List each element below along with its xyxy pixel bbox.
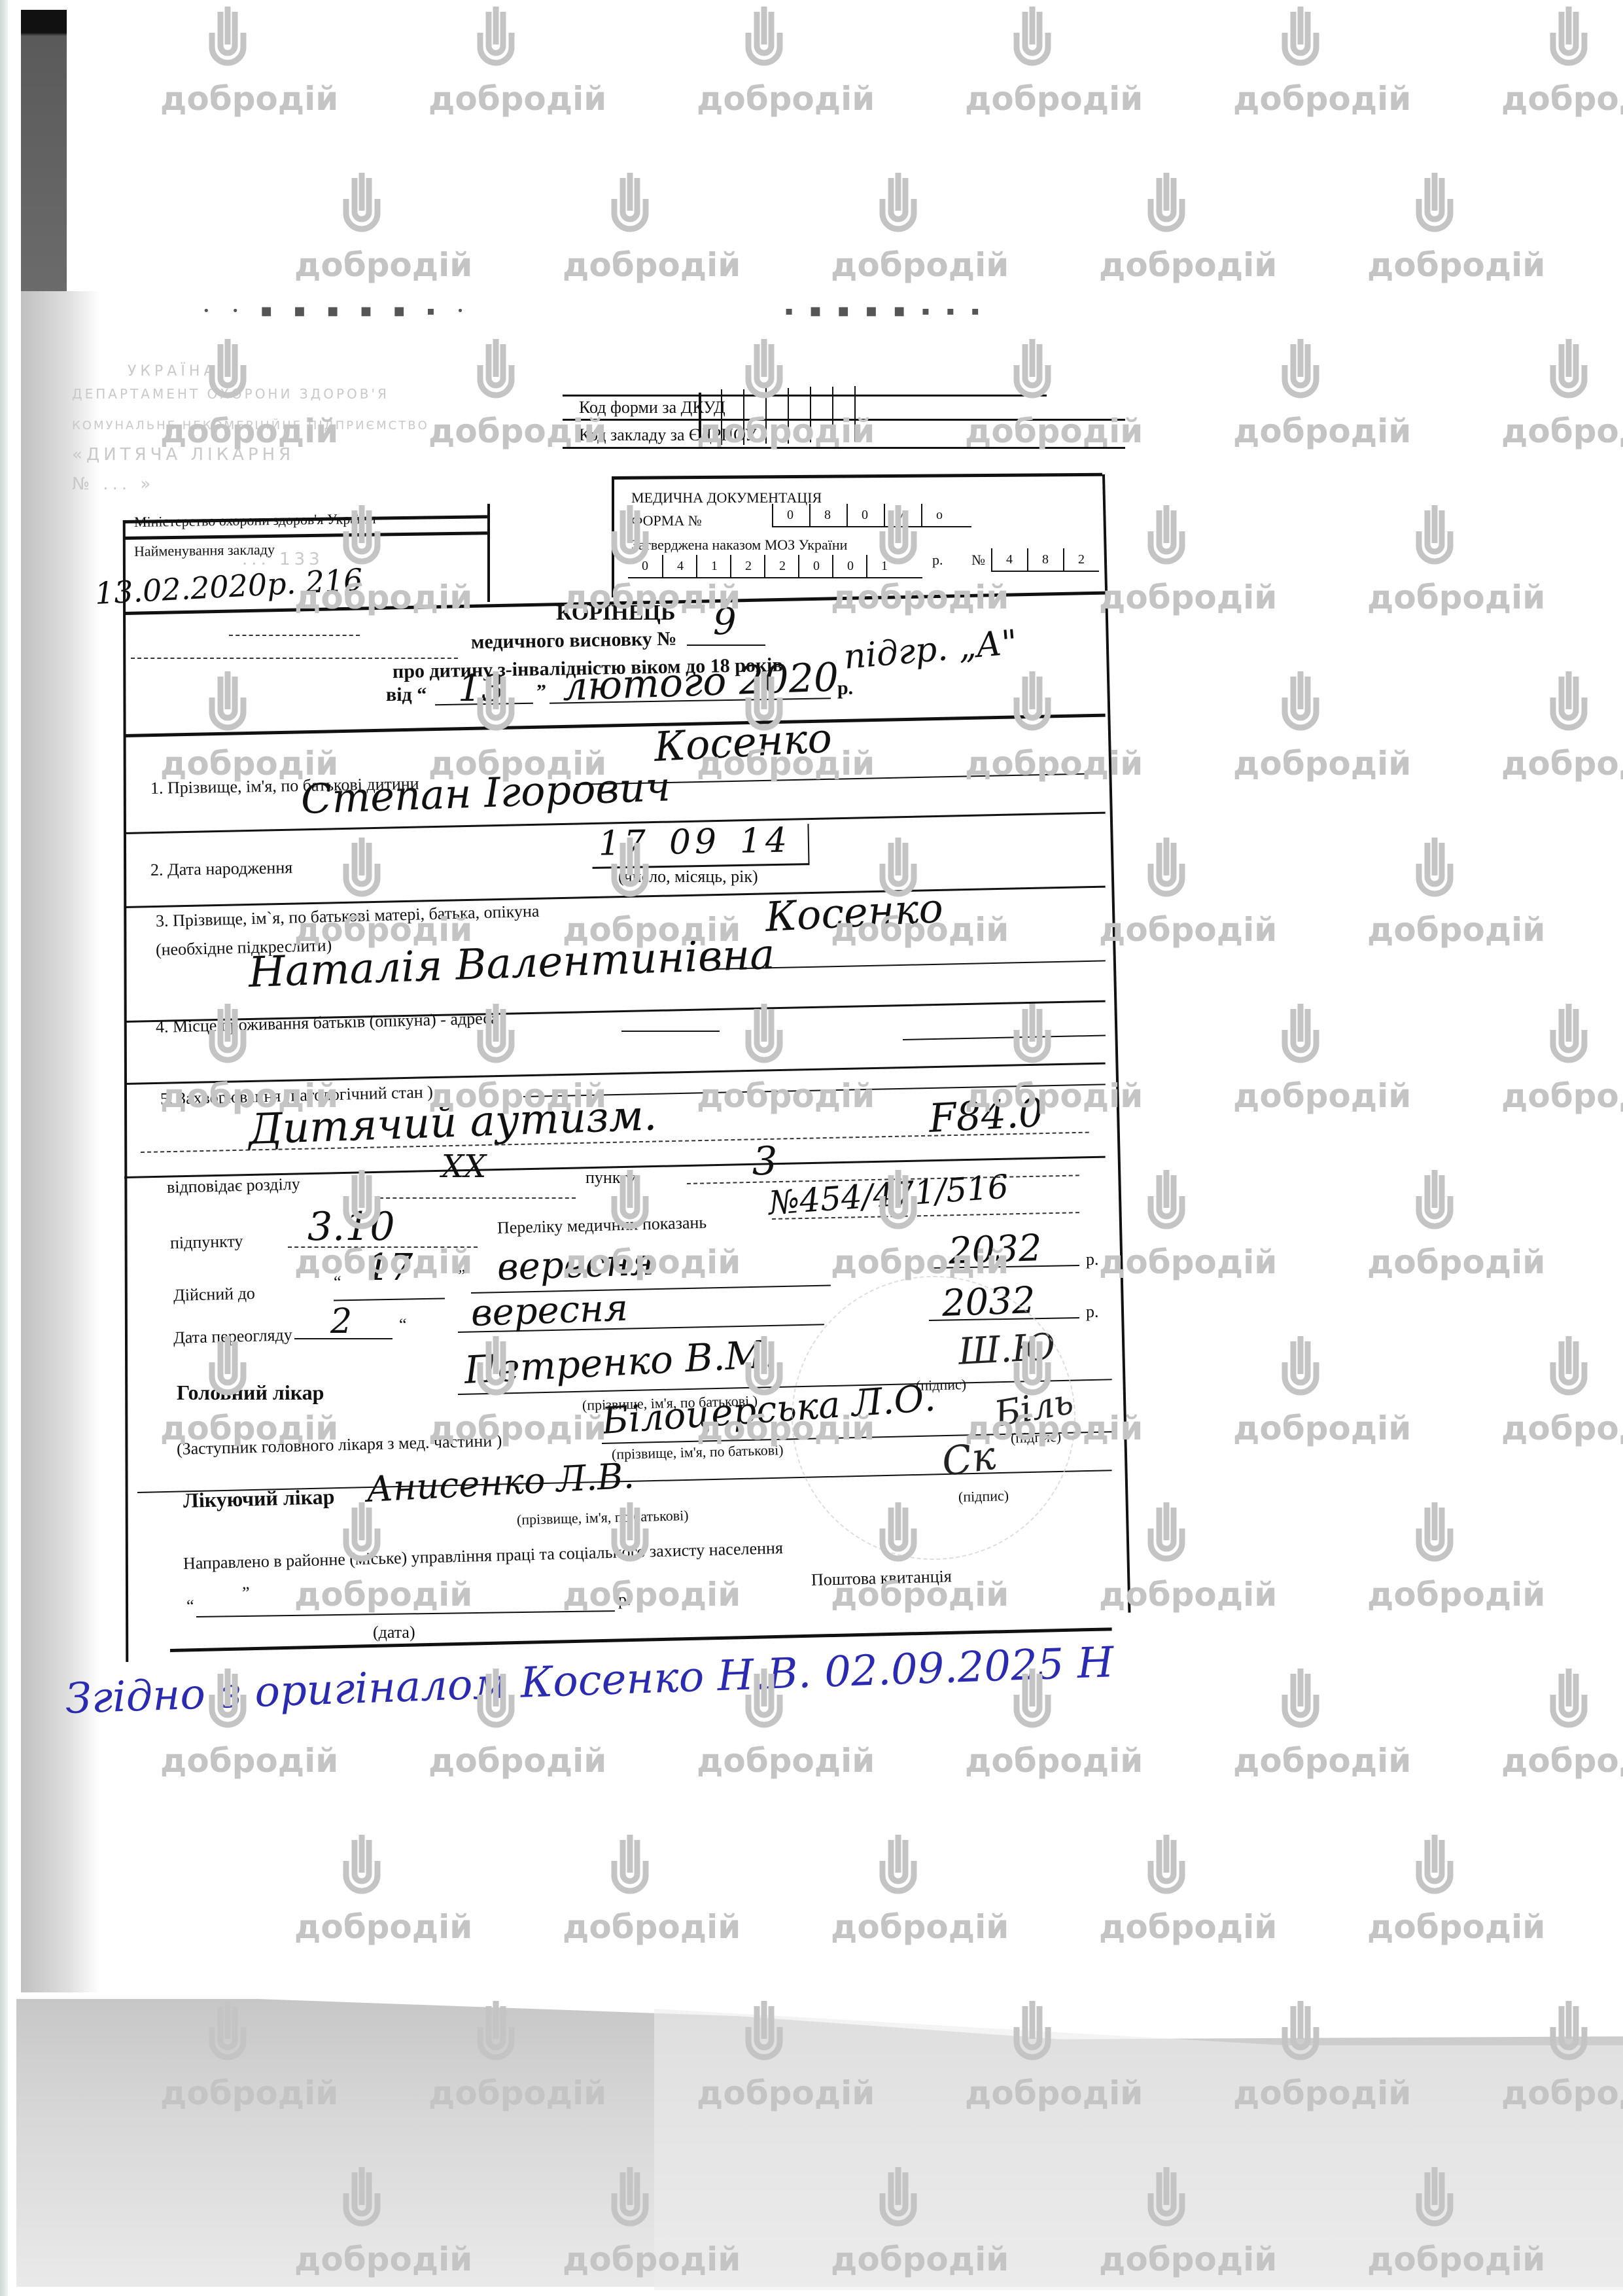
form-no-digit: 0 [846, 504, 882, 526]
watermark-text: добродій [160, 80, 338, 118]
watermark-logo-icon [1011, 7, 1054, 72]
scan-edge-left [0, 0, 8, 2296]
watermark-text: добродій [831, 1908, 1009, 1946]
watermark-text: добродій [1501, 80, 1623, 118]
child-first-patronymic: Степан Ігорович [300, 762, 671, 823]
watermark-text: добродій [697, 1077, 875, 1115]
valid-until-label: Дійсний до [173, 1284, 256, 1305]
order-number-cells: 4 8 2 [991, 548, 1099, 572]
watermark-logo-icon [1279, 339, 1322, 404]
birth-month: 09 [669, 822, 720, 862]
watermark-logo-icon [1413, 1835, 1456, 1900]
ministry-label: Міністерство охорони здоров'я України [134, 510, 376, 531]
watermark-logo-icon [1145, 838, 1188, 903]
watermark-text: добродій [1233, 1409, 1411, 1447]
review-day: 2 [330, 1302, 352, 1341]
attending-doctor-name: Анисенко Л.В. [365, 1455, 635, 1510]
order-no-label: № [971, 552, 985, 569]
chief-doctor-name: Петренко В.М. [463, 1332, 777, 1392]
date-quote: ” [536, 680, 546, 703]
document-heading: КОРІНЕЦЬ [556, 601, 675, 626]
approval-digit: 2 [730, 555, 765, 577]
watermark-text: добродій [294, 246, 472, 284]
watermark-logo-icon [877, 1835, 920, 1900]
handwritten-registration-note: 13.02.2020р. 216 [94, 562, 364, 611]
watermark-logo-icon [1145, 173, 1188, 238]
postal-receipt-label: Поштова квитанція [811, 1566, 952, 1590]
review-quote: “ [399, 1315, 407, 1335]
watermark-text: добродій [1501, 1409, 1623, 1447]
scan-dark-strip [21, 10, 67, 291]
watermark-logo-icon [1279, 1336, 1322, 1402]
watermark-text: добродій [1233, 1077, 1411, 1115]
watermark-logo-icon [1547, 7, 1590, 72]
watermark-logo-icon [1279, 671, 1322, 737]
watermark-text: добродій [1233, 745, 1411, 783]
approval-digit: 0 [628, 555, 662, 577]
approval-digit: 1 [866, 555, 901, 577]
watermark-logo-icon [340, 838, 383, 903]
watermark-text: добродій [831, 246, 1009, 284]
watermark-text: добродій [1367, 1576, 1545, 1614]
watermark-text: добродій [1367, 911, 1545, 949]
watermark-text: добродій [965, 412, 1143, 450]
watermark-logo-icon [742, 7, 786, 72]
faded-dots: • • ■ ■ ■ ■ ■ ▪ • [203, 304, 473, 318]
faint-stamp-circle [792, 1276, 1075, 1560]
sent-year-suffix: р. [618, 1590, 631, 1610]
watermark-logo-icon [1145, 1170, 1188, 1235]
subpoint-value: 3.10 [307, 1204, 395, 1250]
date-suffix: р. [837, 677, 853, 699]
watermark-logo-icon [1279, 1669, 1322, 1734]
watermark-text: добродій [1099, 578, 1277, 616]
valid-day: 17 [366, 1246, 413, 1289]
watermark-logo-icon [1145, 505, 1188, 571]
scan-grey-strip [21, 291, 99, 1992]
watermark-text: добродій [563, 1576, 741, 1614]
point-label: пункту [585, 1168, 636, 1188]
watermark-text: добродій [294, 1908, 472, 1946]
birth-date-label: 2. Дата народження [150, 858, 293, 880]
watermark-logo-icon [608, 173, 652, 238]
watermark-text: добродій [965, 80, 1143, 118]
valid-open-quote: “ [334, 1273, 341, 1292]
watermark-text: добродій [1099, 1243, 1277, 1281]
form-no-digit: 8 [809, 504, 845, 526]
watermark-logo-icon [1547, 339, 1590, 404]
point-value: 3 [752, 1139, 777, 1184]
watermark-logo-icon [206, 7, 249, 72]
watermark-logo-icon [608, 1835, 652, 1900]
birth-date-hint: (число, місяць, рік) [618, 867, 758, 887]
watermark-text: добродій [697, 1742, 875, 1780]
conclusion-no-label: медичного висновку № [471, 628, 677, 654]
watermark-logo-icon [742, 1004, 786, 1069]
watermark-logo-icon [1413, 173, 1456, 238]
year-suffix: р. [932, 552, 943, 569]
form-no-digit: о [921, 504, 956, 526]
form-no-label: ФОРМА № [631, 512, 702, 529]
issue-month-year: лютого 2020 [562, 654, 839, 710]
faded-header-line4: «ДИТЯЧА ЛІКАРНЯ [72, 445, 294, 465]
watermark-text: добродій [1367, 1243, 1545, 1281]
sent-to-label: Направлено в районне (міське) управління… [183, 1538, 784, 1574]
section-label: відповідає розділу [167, 1174, 301, 1197]
sent-open-quote: “ [186, 1597, 194, 1616]
watermark-text: добродій [1367, 1908, 1545, 1946]
watermark-logo-icon [1279, 1004, 1322, 1069]
watermark-text: добродій [294, 1576, 472, 1614]
valid-month: вересня [497, 1241, 655, 1289]
edrpou-label: Код закладу за ЄДРПОУ [579, 425, 757, 445]
watermark-logo-icon [1145, 1835, 1188, 1900]
order-digit: 2 [1063, 548, 1098, 571]
deputy-name-hint: (прізвище, ім'я, по батькові) [612, 1441, 784, 1463]
sent-close-quote: ” [242, 1583, 250, 1603]
watermark-text: добродій [428, 1742, 606, 1780]
watermark-logo-icon [1547, 1336, 1590, 1402]
approval-digit: 2 [764, 555, 799, 577]
watermark-logo-icon [340, 1835, 383, 1900]
form-number-cells: 0 8 0 / о [772, 504, 971, 527]
approval-digit: 1 [696, 555, 731, 577]
watermark-logo-icon [206, 671, 249, 737]
watermark-text: добродій [1367, 246, 1545, 284]
parent-surname: Косенко [764, 884, 944, 941]
review-year-suffix: р. [1086, 1302, 1099, 1322]
watermark-text: добродій [1233, 80, 1411, 118]
form-no-digit: / [884, 504, 919, 526]
attending-name-hint: (прізвище, ім'я, по батькові) [517, 1507, 689, 1528]
dkud-label: Код форми за ДКУД [579, 398, 725, 417]
watermark-logo-icon [340, 173, 383, 238]
watermark-logo-icon [206, 1004, 249, 1069]
watermark-text: добродій [1233, 1742, 1411, 1780]
order-digit: 4 [991, 548, 1026, 571]
faded-header-line1: УКРАЇНА [128, 363, 217, 380]
watermark-text: добродій [1501, 1742, 1623, 1780]
date-prefix: від “ [386, 684, 427, 706]
faded-header-line2: ДЕПАРТАМЕНТ ОХОРОНИ ЗДОРОВ'Я [72, 386, 389, 402]
watermark-logo-icon [1413, 1502, 1456, 1568]
watermark-text: добродій [1099, 1908, 1277, 1946]
watermark-logo-icon [474, 7, 517, 72]
subpoint-label: підпункту [170, 1231, 243, 1253]
valid-year-suffix: р. [1086, 1250, 1099, 1269]
watermark-logo-icon [474, 339, 517, 404]
valid-close-quote: ” [458, 1266, 466, 1286]
watermark-logo-icon [1547, 1669, 1590, 1734]
deputy-label: (Заступник головного лікаря з мед. части… [177, 1431, 502, 1459]
approval-digit: 4 [662, 555, 697, 577]
approval-date-cells: 0 4 1 2 2 0 0 1 [628, 555, 922, 578]
watermark-text: добродій [563, 1908, 741, 1946]
watermark-logo-icon [1547, 1004, 1590, 1069]
watermark-logo-icon [1145, 1502, 1188, 1568]
child-surname: Косенко [653, 714, 833, 771]
watermark-logo-icon [1413, 1170, 1456, 1235]
watermark-logo-icon [1413, 838, 1456, 903]
watermark-logo-icon [1413, 505, 1456, 571]
certification-note: Згідно з оригіналом Косенко Н.В. 02.09.2… [65, 1638, 1115, 1723]
birth-day: 17 [598, 823, 650, 863]
faded-dots-right: ▪ ■ ■ ■ ■ ▪ ▪ ▪ [785, 304, 986, 318]
faded-header-line3: КОМУНАЛЬНЕ НЕКОМЕРЦІЙНЕ ПІДПРИЄМСТВО [72, 419, 429, 433]
issue-day: 13 [458, 667, 504, 710]
chief-doctor-label: Головний лікар [177, 1381, 324, 1405]
sent-date-hint: (дата) [373, 1623, 415, 1642]
watermark-text: добродій [1099, 246, 1277, 284]
approval-digit: 0 [798, 555, 833, 577]
watermark-logo-icon [877, 173, 920, 238]
watermark-logo-icon [1011, 671, 1054, 737]
conclusion-number: 9 [713, 601, 737, 643]
watermark-text: добродій [697, 80, 875, 118]
section-value: XX [442, 1148, 486, 1185]
birth-year: 14 [739, 821, 791, 861]
birth-date-cells: 17 09 14 [591, 824, 809, 869]
watermark-logo-icon [1547, 671, 1590, 737]
watermark-text: добродій [1501, 1077, 1623, 1115]
watermark-text: добродій [1501, 745, 1623, 783]
watermark-text: добродій [1099, 1576, 1277, 1614]
watermark-text: добродій [1099, 911, 1277, 949]
form-no-digit: 0 [772, 504, 807, 526]
order-digit: 8 [1027, 548, 1062, 571]
watermark-text: добродій [1233, 412, 1411, 450]
review-date-label: Дата переогляду [173, 1325, 293, 1348]
watermark-text: добродій [160, 1742, 338, 1780]
approval-digit: 0 [832, 555, 867, 577]
review-month: вересня [470, 1287, 629, 1335]
watermark-text: добродій [1501, 412, 1623, 450]
watermark-text: добродій [965, 745, 1143, 783]
scan-bottom-shadow-right [654, 2009, 1623, 2290]
watermark-text: добродій [563, 246, 741, 284]
indications-label: Переліку медичних показань [497, 1213, 707, 1238]
faded-header-line5: № ... » [72, 474, 154, 494]
watermark-text: добродій [428, 80, 606, 118]
address-label: 4. Місце проживання батьків (опікуна) - … [156, 1008, 498, 1037]
subgroup-handwritten: підгр. „А" [842, 623, 1019, 677]
approved-label: Затверджена наказом МОЗ України [631, 537, 847, 554]
watermark-text: добродій [1367, 578, 1545, 616]
attending-doctor-label: Лікуючий лікар [183, 1485, 335, 1513]
watermark-logo-icon [1279, 7, 1322, 72]
watermark-text: добродій [965, 1742, 1143, 1780]
